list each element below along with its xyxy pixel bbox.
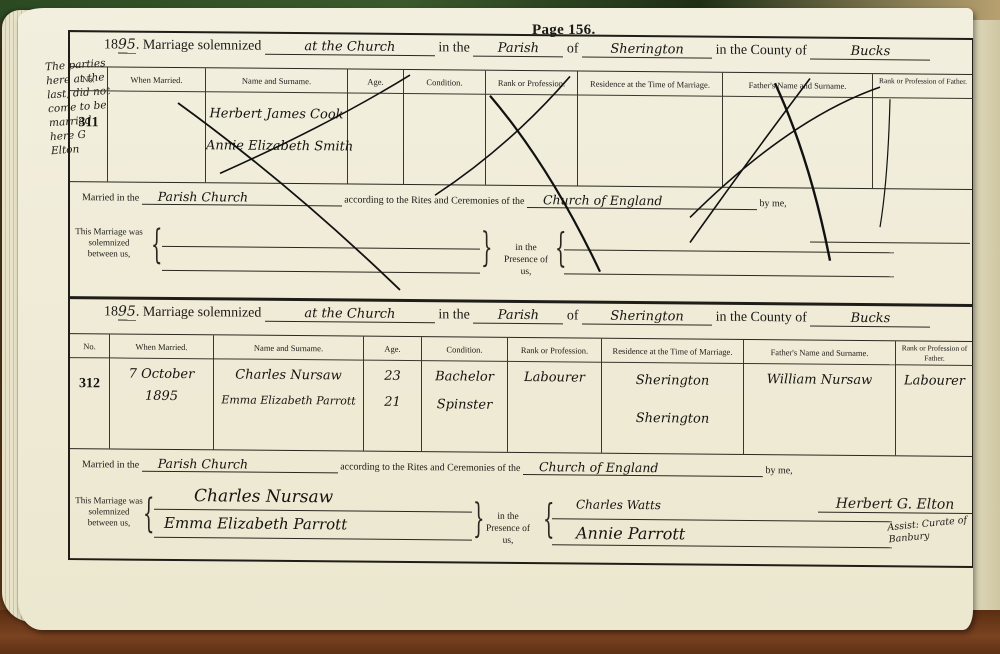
entry-grid: No. 311 When Married. Name and Surname. … [70,66,972,190]
bride-name: Emma Elizabeth Parrott [214,393,363,407]
label-of: of [567,308,579,323]
county-field: Bucks [810,44,930,61]
label-of: of [567,41,579,56]
col-residence: Residence at the Time of Marriage. Sheri… [602,339,744,454]
label-in-the: in the [438,40,470,55]
label-in-the: in the [438,307,470,322]
label-marriage-solemnized: . Marriage solemnized [136,305,262,321]
groom-rank: Labourer [508,370,601,386]
place-field: at the Church [265,306,435,323]
married-in-field: Parish Church [142,189,342,207]
col-residence: Residence at the Time of Marriage. [578,72,723,187]
marriage-year: 1895 [110,388,213,404]
solemnized-label: This Marriage was solemnized between us, [74,226,144,260]
col-number: No. 311 [70,67,108,181]
entry-heading: 1895. Marriage solemnized at the Church … [104,303,930,327]
groom-name: Charles Nursaw [214,367,363,383]
col-age: Age. 23 21 [364,337,422,452]
col-rank: Rank or Profession. [486,71,578,186]
county-field: Bucks [810,311,930,328]
solemnized-label: This Marriage was solemnized between us, [74,495,144,529]
col-number: No. 312 [70,334,110,448]
officiant-title: Assist: Curate of Banbury [887,515,969,547]
witness-1: Charles Watts [552,497,892,522]
witness-2: Annie Parrott [552,523,892,548]
place-field: at the Church [265,39,435,56]
bride-rank [508,398,601,399]
col-name: Name and Surname. Charles Nursaw Emma El… [214,335,364,450]
groom-age: 23 [364,369,421,384]
label-county: in the County of [716,310,807,326]
presence-label: in the Presence of us, [498,242,554,278]
brace-left: { [143,494,154,534]
entry-grid: No. 312 When Married. 7 October 1895 Nam… [70,333,972,457]
witness-signatures: Charles Watts Annie Parrott [552,497,892,550]
year-suffix: 95 [118,36,136,53]
bride-residence: Sherington [602,411,743,427]
entry-312: 1895. Marriage solemnized at the Church … [70,296,972,568]
col-father: Father's Name and Surname. [723,73,873,188]
groom-father: William Nursaw [744,372,895,388]
col-name: Name and Surname. Herbert James Cook Ann… [206,68,348,183]
groom-signature: Charles Nursaw [154,486,472,513]
col-rank: Rank or Profession. Labourer [508,338,602,453]
col-father-rank: Rank or Profession of Father. [873,74,973,189]
couple-signatures [162,227,480,276]
presence-label: in the Presence of us, [480,511,536,547]
bride-age: 21 [364,395,421,410]
groom-signature [162,227,480,250]
entry-number: 311 [70,115,107,131]
year-prefix: 18 [104,37,118,52]
bride-signature: Emma Elizabeth Parrott [154,514,472,541]
bride-father [744,400,895,401]
married-in-line: Married in the Parish Church according t… [82,455,793,477]
col-when-married: When Married. 7 October 1895 [110,334,214,449]
district-field: Sherington [582,309,712,326]
col-condition: Condition. Bachelor Spinster [422,337,508,452]
year-prefix: 18 [104,304,118,319]
rites-field: Church of England [527,192,757,210]
marriage-register-form: 1895. Marriage solemnized at the Church … [68,30,973,568]
marriage-date: 7 October [110,366,213,382]
col-age: Age. [348,69,404,183]
bride-name: Annie Elizabeth Smith [206,138,347,154]
label-county: in the County of [716,43,807,59]
col-father: Father's Name and Surname. William Nursa… [744,340,896,455]
district-type-field: Parish [473,308,563,325]
groom-residence: Sherington [602,373,743,389]
col-condition: Condition. [404,70,486,185]
entry-number: 312 [70,376,109,392]
witness-1 [564,230,894,253]
label-marriage-solemnized: . Marriage solemnized [136,38,262,54]
married-in-field: Parish Church [142,456,338,474]
couple-signatures: Charles Nursaw Emma Elizabeth Parrott [154,486,472,545]
district-field: Sherington [582,42,712,59]
rites-field: Church of England [523,459,763,477]
witness-signatures [564,230,894,279]
brace-left: { [151,225,162,265]
bride-condition: Spinster [422,397,507,413]
entry-heading: 1895. Marriage solemnized at the Church … [104,36,930,60]
col-when-married: When Married. [108,67,206,182]
witness-2 [564,254,894,277]
married-in-line: Married in the Parish Church according t… [82,188,787,210]
groom-father-rank: Labourer [896,373,973,389]
district-type-field: Parish [473,41,563,58]
groom-condition: Bachelor [422,369,507,385]
bride-signature [162,251,480,274]
year-suffix: 95 [118,303,136,320]
groom-name: Herbert James Cook [206,106,347,122]
bride-father-rank [896,401,973,402]
col-father-rank: Rank or Profession of Father. Labourer [896,341,973,456]
brace-right: } [481,228,492,268]
entry-311: 1895. Marriage solemnized at the Church … [70,32,972,302]
